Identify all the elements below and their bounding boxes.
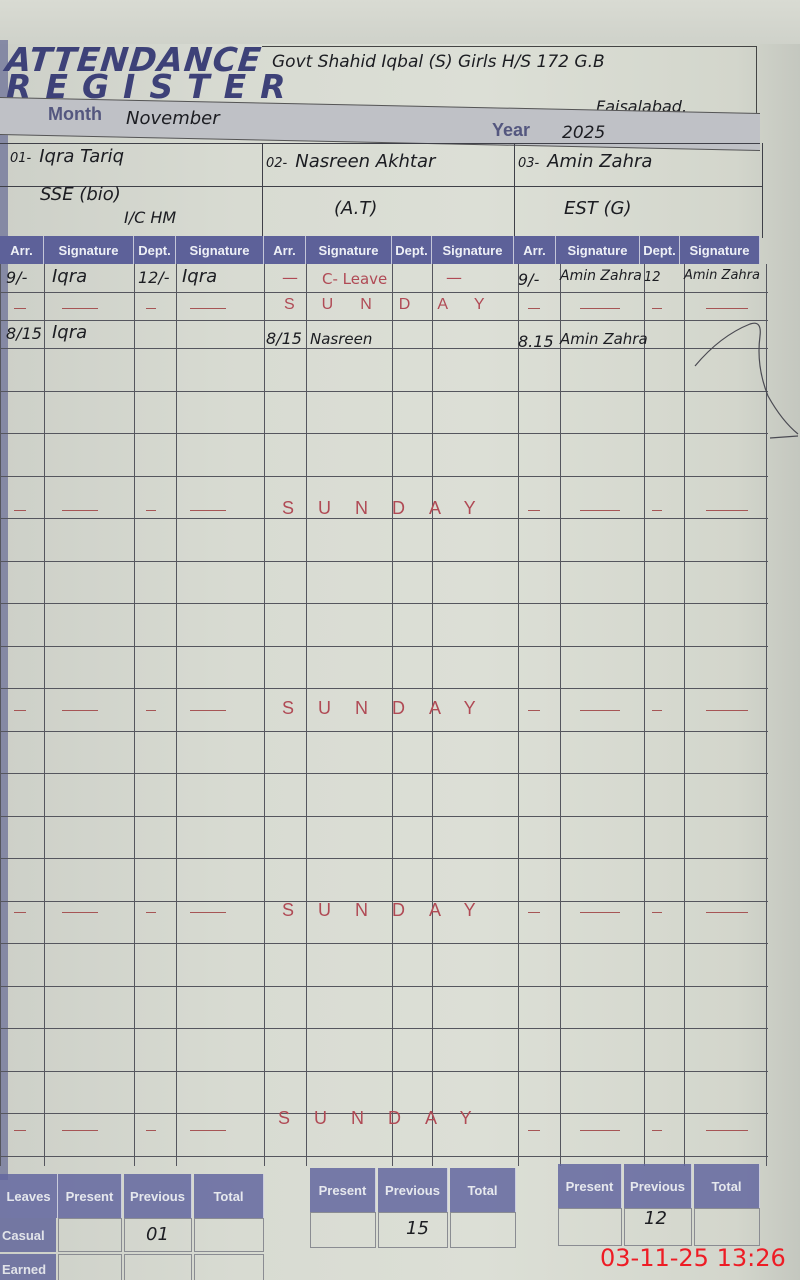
leaves-header-previous: Previous bbox=[124, 1174, 192, 1218]
grid-rule bbox=[0, 1028, 768, 1029]
dash-mark bbox=[14, 308, 26, 309]
cell-arrival: 8/15 bbox=[6, 324, 42, 343]
cell-signature: Iqra bbox=[52, 266, 87, 287]
dash-mark bbox=[146, 912, 156, 913]
staff-1-name: 01-Iqra Tariq bbox=[10, 146, 124, 167]
grid-rule bbox=[560, 264, 561, 1166]
staff-1-designation-2: I/C HM bbox=[124, 208, 176, 227]
dash-mark bbox=[652, 912, 662, 913]
dash-mark bbox=[580, 1130, 620, 1131]
staff-2-designation: (A.T) bbox=[334, 198, 377, 219]
col-header-arrival: Arr. bbox=[264, 236, 306, 264]
grid-rule bbox=[518, 264, 519, 1166]
pen-scrawl-mark bbox=[690, 316, 800, 446]
sunday-row-label: SUNDAY bbox=[282, 900, 500, 921]
dash-mark bbox=[528, 308, 540, 309]
dash-mark bbox=[146, 510, 156, 511]
header-border bbox=[262, 46, 756, 47]
col-header-arrival: Arr. bbox=[514, 236, 556, 264]
register-title: ATTENDANCE REGISTER bbox=[6, 46, 300, 100]
col-header-signature: Signature bbox=[680, 236, 760, 264]
photo-timestamp: 03-11-25 13:26 bbox=[600, 1244, 786, 1272]
dash-mark bbox=[652, 308, 662, 309]
school-name: Govt Shahid Iqbal (S) Girls H/S 172 G.B bbox=[272, 52, 605, 72]
leaves-cell bbox=[194, 1218, 264, 1252]
grid-rule bbox=[0, 391, 768, 392]
cell-arrival: 9/- bbox=[6, 268, 27, 287]
leaves-header-present: Present bbox=[310, 1168, 376, 1212]
sunday-row-label: SUNDAY bbox=[278, 1108, 496, 1129]
col-header-signature: Signature bbox=[176, 236, 264, 264]
sunday-row-label: SUNDAY bbox=[282, 698, 500, 719]
dash-mark bbox=[62, 912, 98, 913]
dash-mark bbox=[580, 912, 620, 913]
leaves-header-present: Present bbox=[558, 1164, 622, 1208]
dash-mark bbox=[706, 912, 748, 913]
grid-rule bbox=[44, 264, 45, 1166]
leaves-cell bbox=[624, 1208, 692, 1246]
col-header-departure: Dept. bbox=[134, 236, 176, 264]
grid-rule bbox=[0, 348, 768, 349]
dash-mark bbox=[706, 510, 748, 511]
leaves-cell bbox=[310, 1212, 376, 1248]
dash-mark bbox=[706, 1130, 748, 1131]
grid-rule bbox=[0, 264, 1, 1166]
dash-mark bbox=[146, 710, 156, 711]
grid-rule bbox=[0, 1071, 768, 1072]
leaves-header-present: Present bbox=[58, 1174, 122, 1218]
leaves-header-previous: Previous bbox=[624, 1164, 692, 1208]
dash-mark bbox=[190, 510, 226, 511]
col-header-signature: Signature bbox=[44, 236, 134, 264]
dash-mark bbox=[62, 1130, 98, 1131]
dash-mark bbox=[190, 912, 226, 913]
attendance-table-header: Arr. Signature Dept. Signature Arr. Sign… bbox=[0, 236, 765, 264]
grid-rule bbox=[0, 943, 768, 944]
dash-mark bbox=[14, 510, 26, 511]
grid-rule bbox=[0, 731, 768, 732]
cell-signature: Amin Zahra bbox=[560, 268, 642, 284]
dash-mark bbox=[62, 308, 98, 309]
staff-3-designation: EST (G) bbox=[564, 198, 632, 219]
year-value: 2025 bbox=[562, 123, 605, 143]
leaves-cell bbox=[558, 1208, 622, 1246]
staff-3-name: 03-Amin Zahra bbox=[518, 151, 652, 172]
dash-mark bbox=[190, 1130, 226, 1131]
dash-mark bbox=[580, 510, 620, 511]
dash-mark bbox=[706, 710, 748, 711]
dash-mark bbox=[706, 308, 748, 309]
cell-departure: 12/- bbox=[138, 268, 170, 287]
leaves-cell bbox=[58, 1218, 122, 1252]
sunday-row-label: SUNDAY bbox=[282, 498, 500, 519]
dash-mark bbox=[190, 308, 226, 309]
rule bbox=[514, 143, 515, 238]
cell-signature: Iqra bbox=[52, 322, 87, 343]
col-header-signature: Signature bbox=[306, 236, 392, 264]
col-header-signature: Signature bbox=[556, 236, 640, 264]
dash-mark bbox=[528, 710, 540, 711]
grid-rule bbox=[0, 646, 768, 647]
rule bbox=[262, 143, 263, 238]
grid-rule bbox=[134, 264, 135, 1166]
year-label: Year bbox=[492, 120, 530, 141]
leaves-cell bbox=[124, 1254, 192, 1280]
grid-rule bbox=[0, 1156, 768, 1157]
dash-mark bbox=[580, 710, 620, 711]
grid-rule bbox=[0, 773, 768, 774]
leaves-header-previous: Previous bbox=[378, 1168, 448, 1212]
cell-signature: — bbox=[446, 268, 462, 287]
cell-signature: Iqra bbox=[182, 266, 217, 287]
leaves-row-casual: Casual bbox=[0, 1218, 56, 1252]
dash-mark bbox=[652, 510, 662, 511]
page-edge bbox=[0, 0, 800, 44]
grid-rule bbox=[0, 688, 768, 689]
leaves-cell bbox=[378, 1212, 448, 1248]
leave-note: C- Leave bbox=[322, 270, 387, 288]
register-page: ATTENDANCE REGISTER Govt Shahid Iqbal (S… bbox=[0, 0, 800, 1280]
dash-mark bbox=[652, 710, 662, 711]
leaves-corner-header: Leaves bbox=[0, 1174, 58, 1218]
grid-rule bbox=[0, 561, 768, 562]
month-value: November bbox=[126, 108, 220, 129]
cell-signature: Amin Zahra bbox=[560, 330, 648, 348]
col-header-departure: Dept. bbox=[640, 236, 680, 264]
leaves-header-total: Total bbox=[450, 1168, 516, 1212]
leaves-header-total: Total bbox=[194, 1174, 264, 1218]
binding-edge bbox=[0, 40, 8, 1180]
grid-rule bbox=[0, 292, 768, 293]
dash-mark bbox=[14, 1130, 26, 1131]
grid-rule bbox=[0, 476, 768, 477]
col-header-arrival: Arr. bbox=[0, 236, 44, 264]
cell-departure: 12 bbox=[644, 270, 661, 285]
dash-mark bbox=[146, 308, 156, 309]
dash-mark bbox=[528, 1130, 540, 1131]
grid-rule bbox=[684, 264, 685, 1166]
leaves-cell bbox=[124, 1218, 192, 1252]
cell-signature: Amin Zahra bbox=[684, 268, 760, 283]
col-header-signature: Signature bbox=[432, 236, 514, 264]
leaves-row-earned: Earned bbox=[0, 1254, 56, 1280]
dash-mark bbox=[146, 1130, 156, 1131]
sunday-row-label: SUNDAY bbox=[284, 296, 512, 314]
dash-mark bbox=[652, 1130, 662, 1131]
cell-signature: Nasreen bbox=[310, 330, 372, 348]
dash-mark bbox=[190, 710, 226, 711]
grid-rule bbox=[264, 264, 265, 1166]
dash-mark bbox=[62, 510, 98, 511]
leaves-cell bbox=[694, 1208, 760, 1246]
rule bbox=[0, 143, 760, 144]
leaves-header-total: Total bbox=[694, 1164, 760, 1208]
cell-arrival: 8.15 bbox=[518, 332, 554, 351]
cell-arrival: — bbox=[282, 268, 298, 287]
dash-mark bbox=[528, 510, 540, 511]
grid-rule bbox=[0, 433, 768, 434]
month-label: Month bbox=[48, 104, 102, 125]
dash-mark bbox=[14, 912, 26, 913]
grid-rule bbox=[176, 264, 177, 1166]
dash-mark bbox=[62, 710, 98, 711]
staff-1-designation: SSE (bio) bbox=[40, 184, 121, 205]
dash-mark bbox=[528, 912, 540, 913]
grid-rule bbox=[0, 320, 768, 321]
grid-rule bbox=[0, 986, 768, 987]
dash-mark bbox=[14, 710, 26, 711]
grid-rule bbox=[0, 816, 768, 817]
leaves-cell bbox=[194, 1254, 264, 1280]
grid-rule bbox=[0, 858, 768, 859]
dash-mark bbox=[580, 308, 620, 309]
grid-rule bbox=[644, 264, 645, 1166]
leaves-cell bbox=[58, 1254, 122, 1280]
grid-rule bbox=[0, 603, 768, 604]
rule bbox=[762, 143, 763, 238]
cell-arrival: 9/- bbox=[518, 270, 539, 289]
cell-arrival: 8/15 bbox=[266, 329, 302, 348]
col-header-departure: Dept. bbox=[392, 236, 432, 264]
leaves-cell bbox=[450, 1212, 516, 1248]
title-line-1: ATTENDANCE bbox=[5, 46, 301, 73]
staff-2-name: 02-Nasreen Akhtar bbox=[266, 151, 435, 172]
